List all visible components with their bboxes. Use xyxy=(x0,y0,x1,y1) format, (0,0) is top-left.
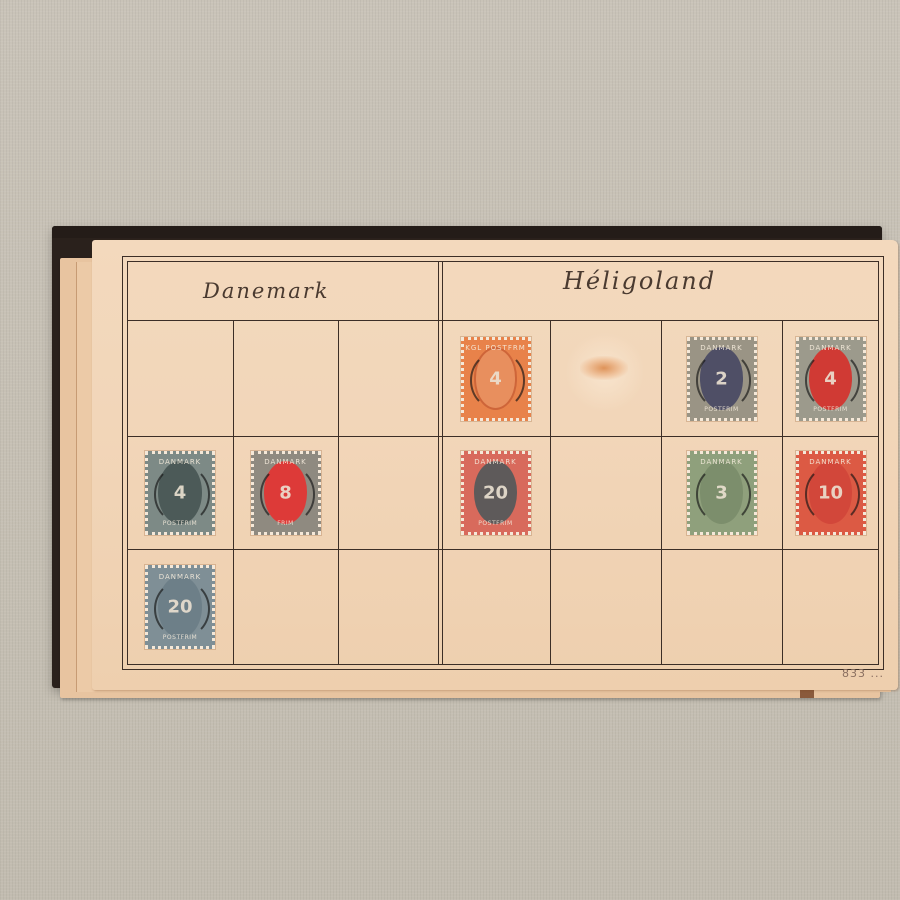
postmark-cancel xyxy=(154,465,209,524)
stamp-s7: DANMARK3 xyxy=(687,451,757,535)
grid-column-line xyxy=(661,321,662,665)
cover-tab xyxy=(800,690,814,698)
grid-row-line xyxy=(127,436,879,437)
center-double-divider xyxy=(438,261,443,665)
stamp-legend-top: DANMARK xyxy=(464,458,528,466)
grid-row-line xyxy=(127,549,879,550)
pencil-note: 833 ... xyxy=(842,667,884,680)
stamp-legend-bottom: POSTFRIM xyxy=(464,520,528,527)
stamp-s1: KGL POSTFRM4 xyxy=(461,337,531,421)
postmark-cancel xyxy=(260,465,315,524)
stamp-s4: DANMARK4POSTFRIM xyxy=(145,451,215,535)
postmark-cancel xyxy=(805,465,860,524)
stamp-s2: DANMARK2POSTFRIM xyxy=(687,337,757,421)
stamp-s6: DANMARK20POSTFRIM xyxy=(461,451,531,535)
stamp-s8: DANMARK10 xyxy=(796,451,866,535)
postmark-cancel xyxy=(696,351,751,410)
stamp-s3: DANMARK4POSTFRIM xyxy=(796,337,866,421)
stamp-s9: DANMARK20POSTFRIM xyxy=(145,565,215,649)
postmark-cancel xyxy=(805,351,860,410)
grid-column-line xyxy=(782,321,783,665)
grid-column-line xyxy=(550,321,551,665)
heading-heligoland: Héligoland xyxy=(563,267,716,295)
grid-column-line xyxy=(233,321,234,665)
postmark-cancel xyxy=(696,465,751,524)
stamp-s5: DANMARK8FRIM xyxy=(251,451,321,535)
heading-danemark: Danemark xyxy=(203,279,330,303)
postmark-cancel xyxy=(470,351,525,410)
heading-row: Danemark Héligoland xyxy=(127,261,879,321)
stamp-grid: KGL POSTFRM4DANMARK2POSTFRIMDANMARK4POST… xyxy=(127,321,879,665)
postmark-cancel xyxy=(154,580,209,639)
grid-column-line xyxy=(338,321,339,665)
album-binding xyxy=(52,226,882,238)
stamp-denomination: 20 xyxy=(464,482,528,503)
